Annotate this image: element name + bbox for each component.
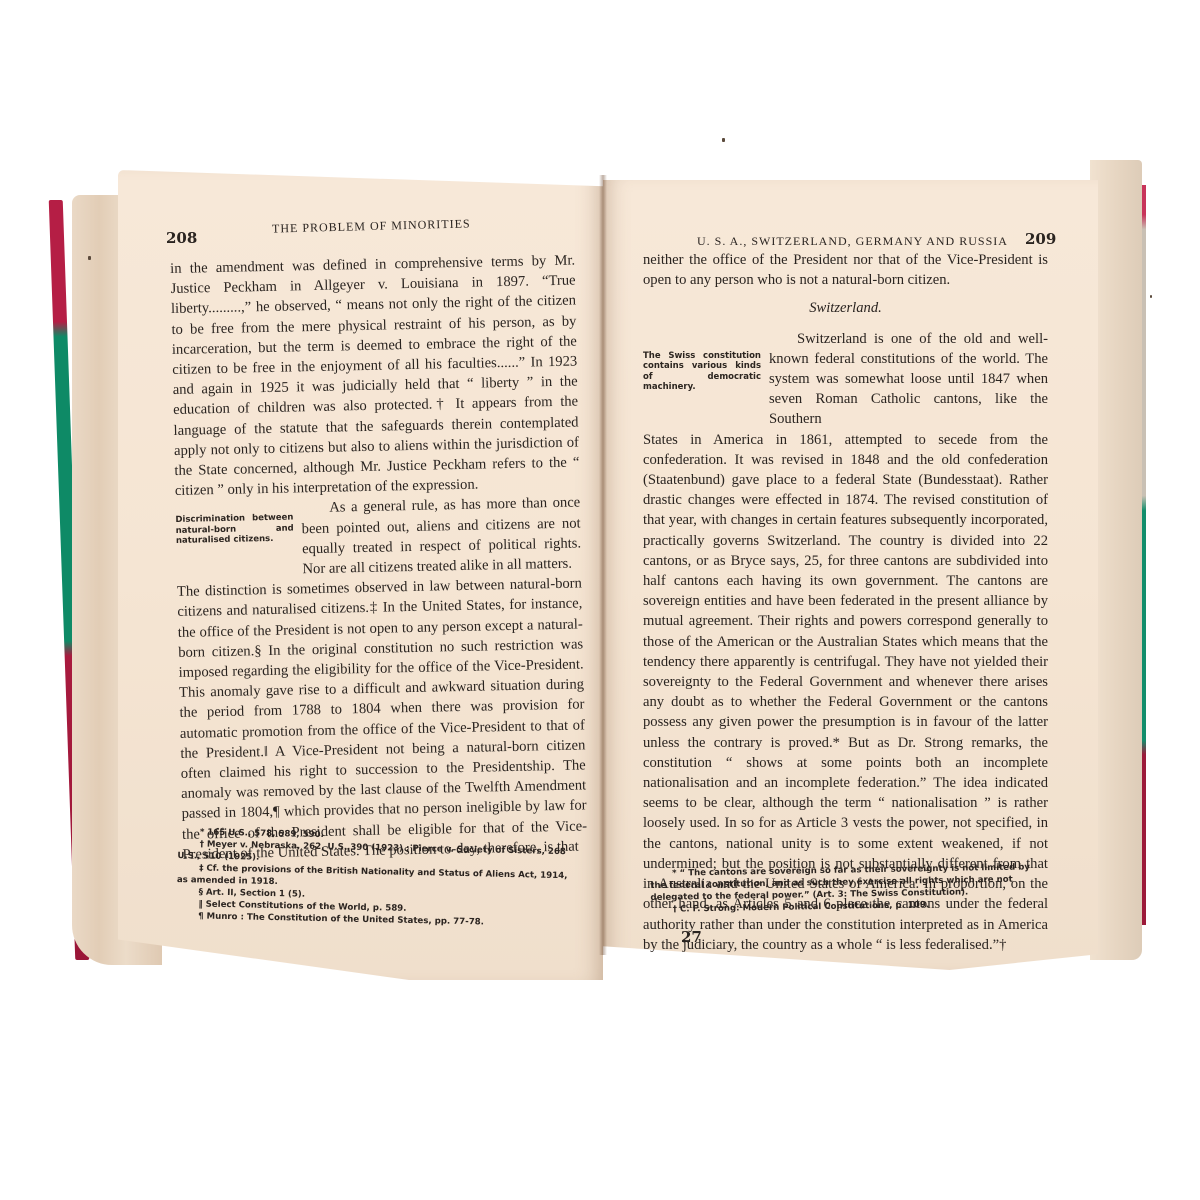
left-paragraph-2-rest: The distinction is sometimes observed in… [177,574,588,865]
right-margin-note: The Swiss constitution contains various … [643,329,769,393]
right-page-body: neither the office of the President nor … [643,250,1048,955]
right-sidenote-block: The Swiss constitution contains various … [643,329,1048,430]
left-footnotes: * 165 U.S., 578, 589, 590. † Meyer v. Ne… [176,826,578,930]
right-paragraph-lead: Switzerland is one of the old and well-k… [769,329,1048,430]
book-gutter [599,175,607,955]
right-page-number: 209 [1025,230,1056,248]
right-opening: neither the office of the President nor … [643,250,1048,290]
open-book: 208 THE PROBLEM OF MINORITIES in the ame… [0,0,1200,1200]
speck-mark [88,256,91,260]
speck-mark [1150,295,1152,298]
signature-mark: 27 [681,928,702,946]
right-footnotes: * “ The cantons are sovereign so far as … [650,861,1046,916]
left-sidenote-block: Discrimination between natural-born and … [175,493,582,582]
left-page-body: in the amendment was defined in comprehe… [170,251,588,865]
speck-mark [722,138,725,142]
left-paragraph-1: in the amendment was defined in comprehe… [170,251,580,502]
left-page-number: 208 [166,229,197,247]
left-margin-note: Discrimination between natural-born and … [175,499,302,547]
right-running-head: U. S. A., SWITZERLAND, GERMANY AND RUSSI… [697,234,1008,249]
section-title-switzerland: Switzerland. [643,298,1048,318]
left-paragraph-2-lead: As a general rule, as has more than once… [301,493,582,580]
